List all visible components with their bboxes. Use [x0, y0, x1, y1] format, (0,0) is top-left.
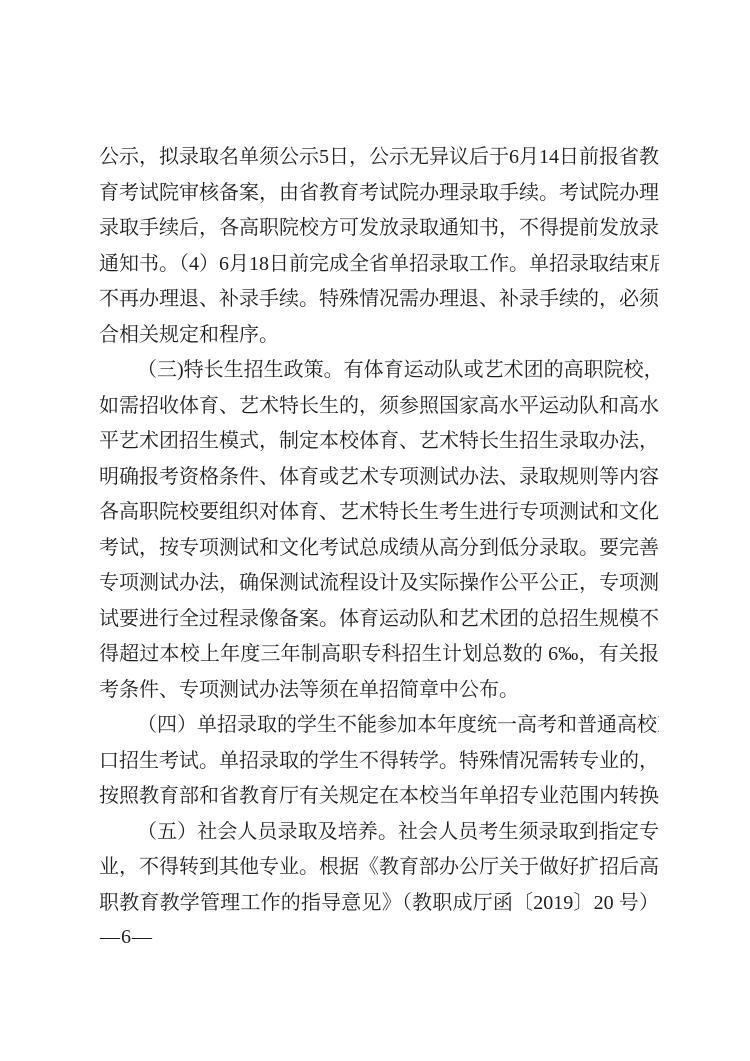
paragraph-item-4: （四）单招录取的学生不能参加本年度统一高考和普通高校对 口招生考试。单招录取的学…: [99, 708, 659, 815]
text-line: 育考试院审核备案，由省教育考试院办理录取手续。考试院办理: [99, 176, 659, 212]
text-line: （五）社会人员录取及培养。社会人员考生须录取到指定专: [99, 815, 659, 851]
paragraph-item-3: （三)特长生招生政策。有体育运动队或艺术团的高职院校， 如需招收体育、艺术特长生…: [99, 353, 659, 708]
text-line: 考条件、专项测试办法等须在单招简章中公布。: [99, 673, 659, 709]
document-body: 公示，拟录取名单须公示5日，公示无异议后于6月14日前报省教 育考试院审核备案，…: [99, 140, 659, 921]
text-line: 不再办理退、补录手续。特殊情况需办理退、补录手续的，必须符: [99, 282, 659, 318]
text-line: 平艺术团招生模式，制定本校体育、艺术特长生招生录取办法，: [99, 424, 659, 460]
text-line: 得超过本校上年度三年制高职专科招生计划总数的 6‰，有关报: [99, 637, 659, 673]
text-line: 专项测试办法，确保测试流程设计及实际操作公平公正，专项测: [99, 566, 659, 602]
text-line: （四）单招录取的学生不能参加本年度统一高考和普通高校对: [99, 708, 659, 744]
text-line: 试要进行全过程录像备案。体育运动队和艺术团的总招生规模不: [99, 602, 659, 638]
text-line: 各高职院校要组织对体育、艺术特长生考生进行专项测试和文化: [99, 495, 659, 531]
paragraph-item-5: （五）社会人员录取及培养。社会人员考生须录取到指定专 业，不得转到其他专业。根据…: [99, 815, 659, 922]
paragraph-continuation: 公示，拟录取名单须公示5日，公示无异议后于6月14日前报省教 育考试院审核备案，…: [99, 140, 659, 353]
text-line: 通知书。（4）6月18日前完成全省单招录取工作。单招录取结束后，: [99, 247, 659, 283]
text-line: 明确报考资格条件、体育或艺术专项测试办法、录取规则等内容。: [99, 460, 659, 496]
text-line: 录取手续后，各高职院校方可发放录取通知书，不得提前发放录取: [99, 211, 659, 247]
text-line: 职教育教学管理工作的指导意见》（教职成厅函〔2019〕20 号）: [99, 886, 659, 922]
document-page: 公示，拟录取名单须公示5日，公示无异议后于6月14日前报省教 育考试院审核备案，…: [0, 0, 750, 1061]
text-line: 公示，拟录取名单须公示5日，公示无异议后于6月14日前报省教: [99, 140, 659, 176]
text-line: 口招生考试。单招录取的学生不得转学。特殊情况需转专业的，须: [99, 744, 659, 780]
page-number: —6—: [100, 919, 153, 955]
text-line: 业，不得转到其他专业。根据《教育部办公厅关于做好扩招后高: [99, 850, 659, 886]
text-line: 按照教育部和省教育厅有关规定在本校当年单招专业范围内转换。: [99, 779, 659, 815]
text-line: 考试，按专项测试和文化考试总成绩从高分到低分录取。要完善: [99, 531, 659, 567]
text-line: 如需招收体育、艺术特长生的，须参照国家高水平运动队和高水: [99, 389, 659, 425]
text-line: （三)特长生招生政策。有体育运动队或艺术团的高职院校，: [99, 353, 659, 389]
text-line: 合相关规定和程序。: [99, 318, 659, 354]
